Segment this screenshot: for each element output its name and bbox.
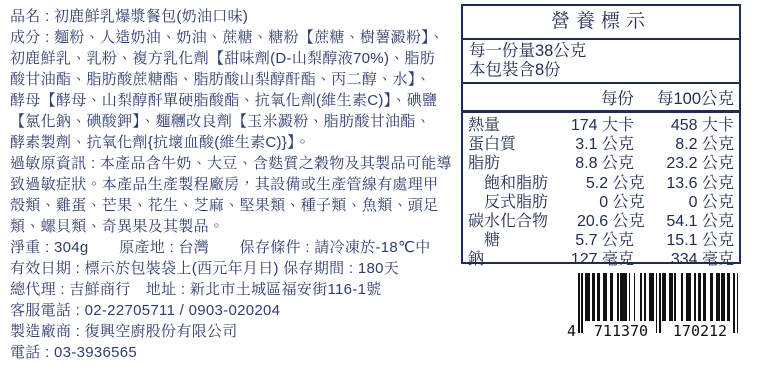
manufacturer-line: 製造廠商 : 復興空廚股份有限公司 (10, 321, 462, 342)
food-package-label: 品名 : 初鹿鮮乳爆漿餐包(奶油口味) 成分 : 麵粉、人造奶油、奶油、蔗糖、糖… (0, 0, 759, 375)
nutrition-column-headers: 每份 每100公克 (463, 84, 739, 113)
product-name-line: 品名 : 初鹿鮮乳爆漿餐包(奶油口味) (10, 6, 462, 27)
row-per-100g: 334 毫克 (634, 246, 739, 269)
ingredients-line: 酵母【酵母、山梨醇酐單硬脂酸酯、抗氧化劑(維生素C)】、碘鹽 (10, 90, 462, 111)
allergen-info-line: 殼類、雞蛋、芒果、花生、芝麻、堅果類、種子類、魚類、頭足 (10, 195, 462, 216)
allergen-info-line: 過敏原資訊 : 本產品含牛奶、大豆、含麩質之穀物及其製品可能導 (10, 153, 462, 174)
nutrition-facts-table: 營養標示 每一份量38公克 本包裝含8份 每份 每100公克 熱量 174 大卡… (461, 4, 741, 264)
nutrition-row-sodium: 鈉 127 毫克 334 毫克 (463, 248, 739, 267)
col-header-per-100g: 每100公克 (634, 85, 739, 109)
allergen-info-line: 類、螺貝類、奇異果及其製品。 (10, 216, 462, 237)
barcode-digits-left-group: 711370 (580, 322, 662, 340)
servings-per-pack: 本包裝含8份 (469, 61, 739, 80)
row-label: 鈉 (463, 246, 526, 269)
serving-size: 每一份量38公克 (469, 42, 739, 61)
ingredients-line: 酸甘油酯、脂肪酸蔗糖酯、脂肪酸山梨醇酐酯、丙二醇、水】、 (10, 69, 462, 90)
barcode-digit-first: 4 (562, 322, 576, 340)
col-header-per-serving: 每份 (526, 85, 634, 109)
allergen-info-line: 致過敏症狀。本產品生產製程廠房，其設備或生產管線有處理甲 (10, 174, 462, 195)
phone-line: 電話 : 03-3936565 (10, 342, 462, 363)
net-weight-origin-storage-line: 淨重 : 304g 原產地 : 台灣 保存條件 : 請冷凍於-18℃中 (10, 237, 462, 258)
nutrition-rows: 熱量 174 大卡 458 大卡 蛋白質 3.1 公克 8.2 公克 脂肪 8.… (463, 113, 739, 268)
ingredients-line: 酵素製劑、抗氧化劑{抗壞血酸(維生素C)}】。 (10, 132, 462, 153)
expiry-line: 有效日期 : 標示於包裝袋上(西元年月日) 保存期間 : 180天 (10, 258, 462, 279)
product-info-block: 品名 : 初鹿鮮乳爆漿餐包(奶油口味) 成分 : 麵粉、人造奶油、奶油、蔗糖、糖… (10, 6, 462, 363)
ingredients-line: 【氯化鈉、碘酸鉀】、麵糰改良劑【玉米澱粉、脂肪酸甘油酯、 (10, 111, 462, 132)
service-phone-line: 客服電話 : 02-22705711 / 0903-020204 (10, 300, 462, 321)
serving-info: 每一份量38公克 本包裝含8份 (463, 40, 739, 84)
distributor-line: 總代理 : 吉鮮商行 地址 : 新北市土城區福安街116-1號 (10, 279, 462, 300)
ingredients-line: 成分 : 麵粉、人造奶油、奶油、蔗糖、糖粉【蔗糖、樹薯澱粉】、 (10, 27, 462, 48)
nutrition-title: 營養標示 (463, 6, 739, 40)
barcode-digits-right-group: 170212 (659, 322, 741, 340)
row-per-serving: 127 毫克 (526, 246, 634, 269)
barcode: 4 711370 170212 (562, 273, 742, 345)
ingredients-line: 初鹿鮮乳、乳粉、複方乳化劑【甜味劑(D-山梨醇液70%)、脂肪 (10, 48, 462, 69)
